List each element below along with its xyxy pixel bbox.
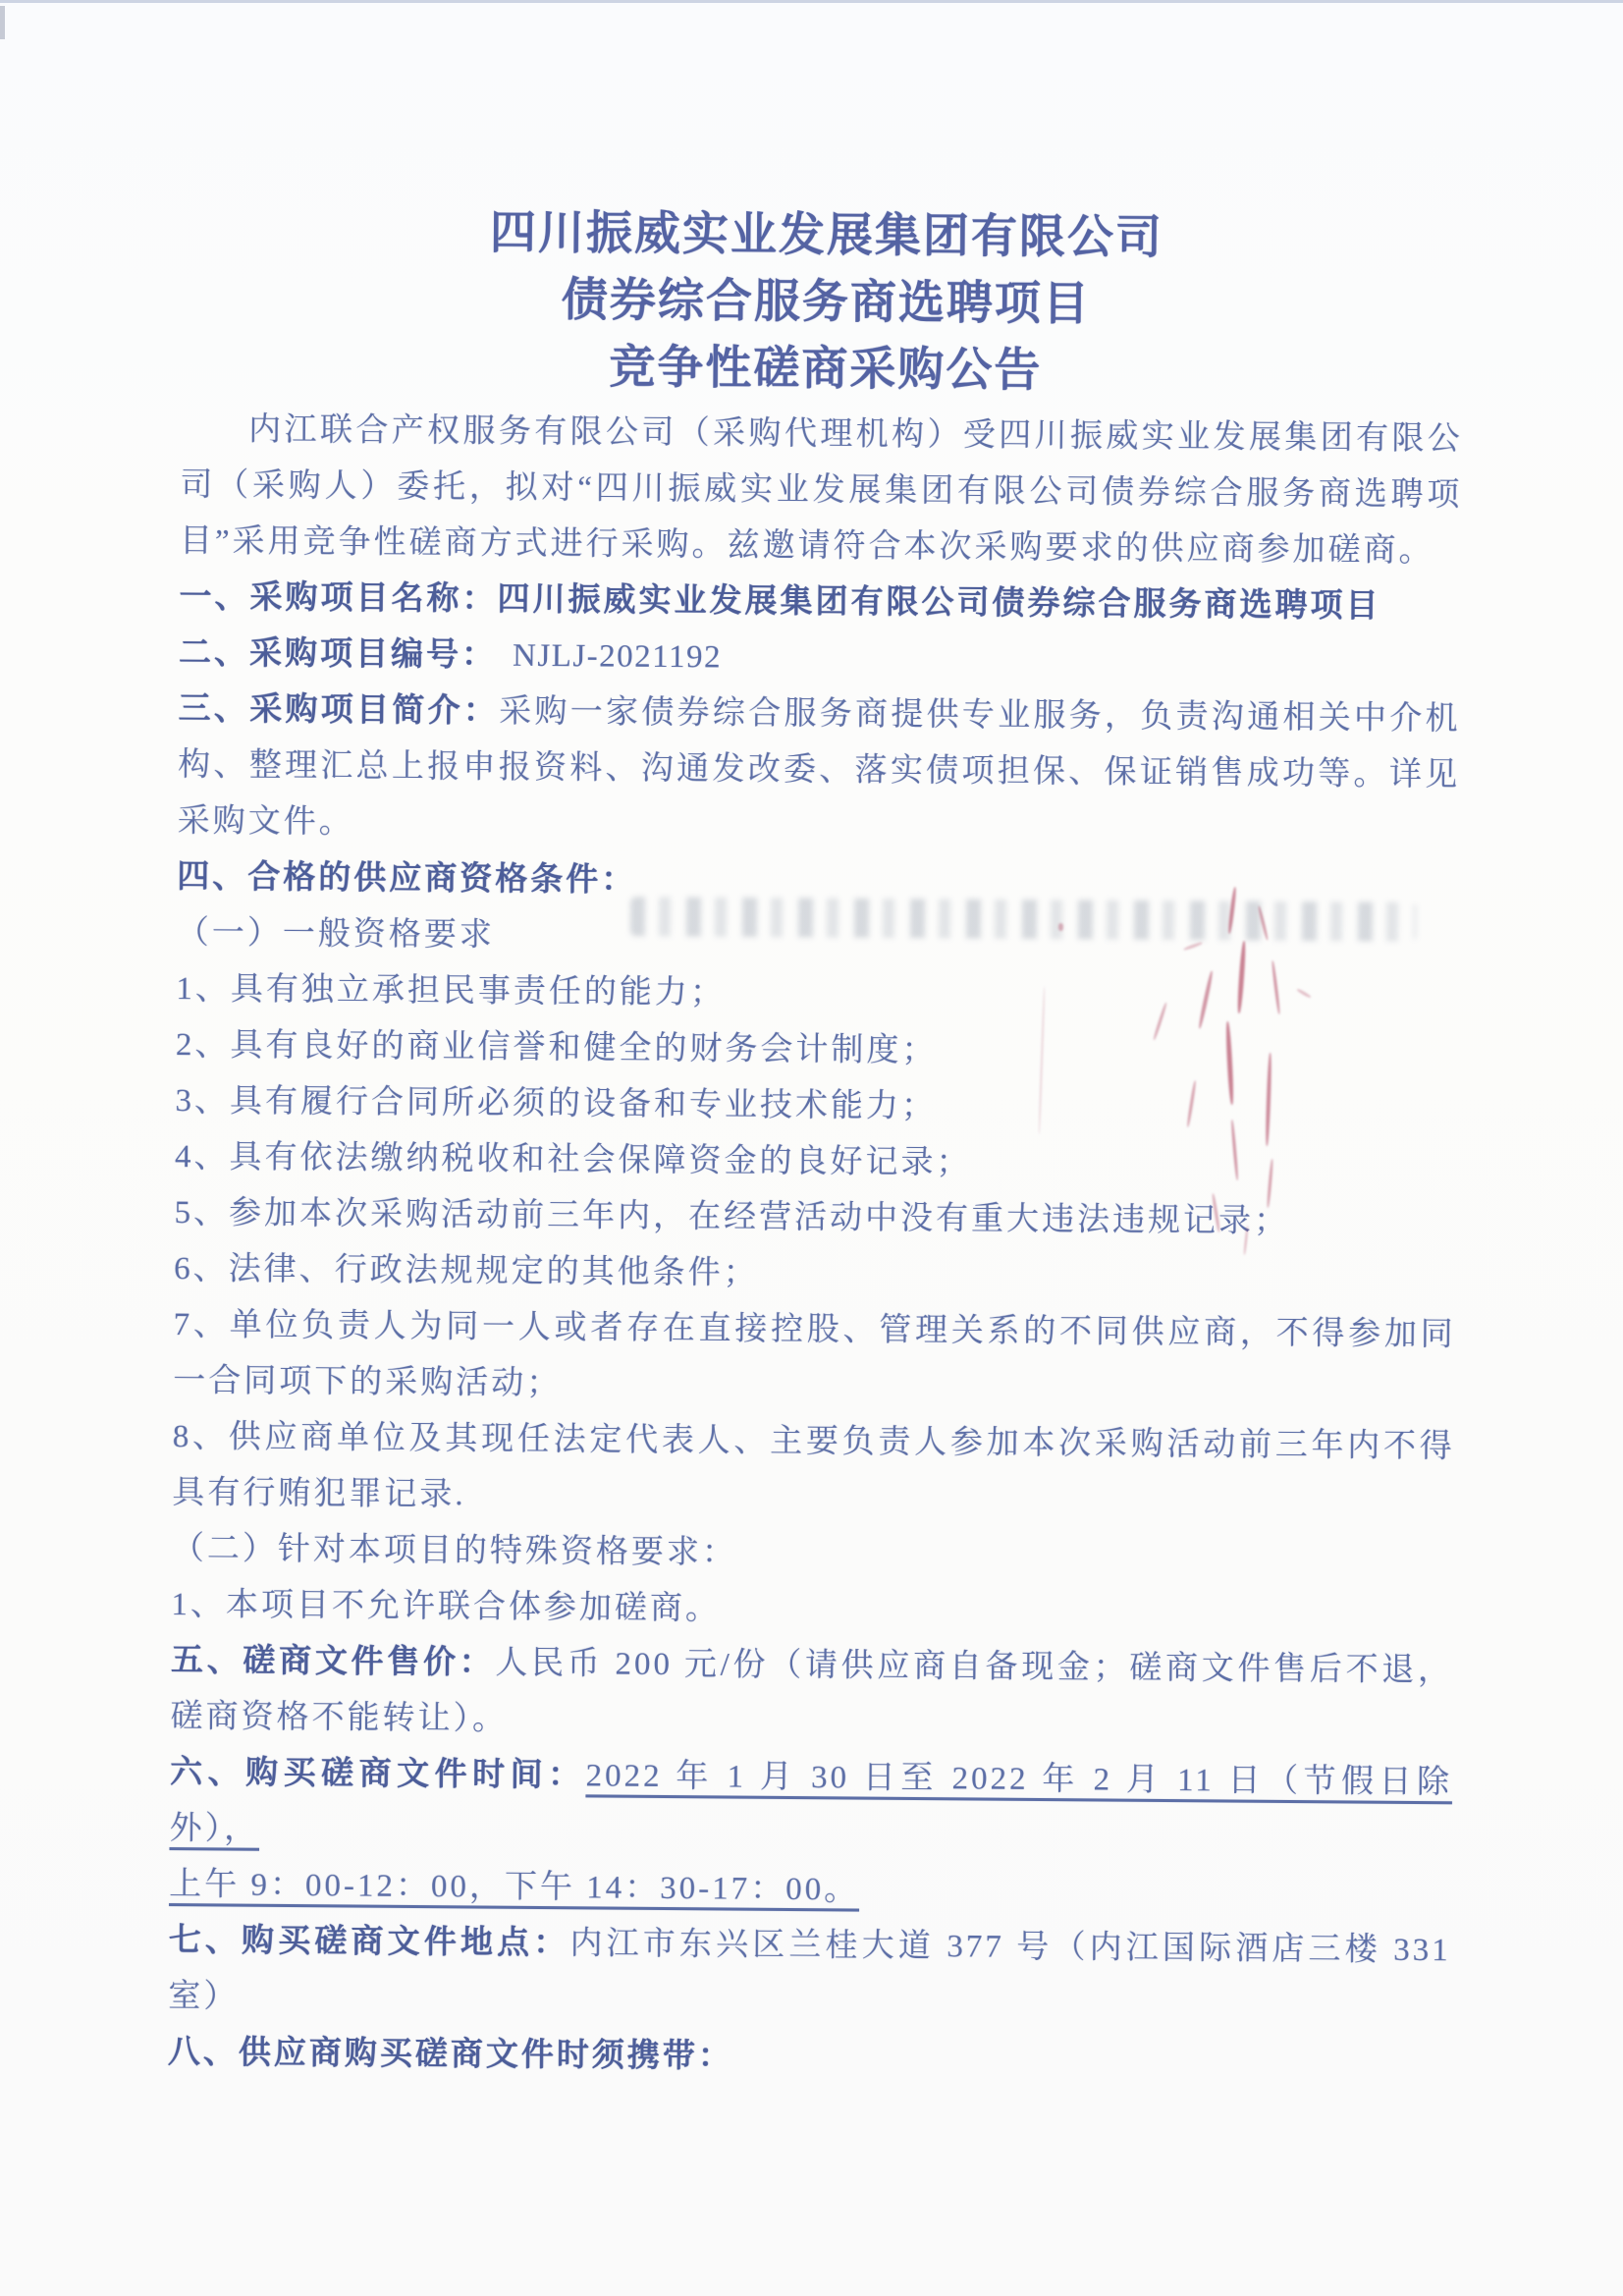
section-project-number: 二、采购项目编号：NJLJ-2021192 bbox=[179, 626, 1461, 691]
document-title-line-2: 债券综合服务商选聘项目 bbox=[15, 263, 1623, 343]
project-number-value: NJLJ-2021192 bbox=[497, 638, 722, 676]
section-label: 七、购买磋商文件地点： bbox=[169, 1923, 570, 1961]
clause-7: 7、单位负责人为同一人或者存在直接控股、管理关系的不同供应商，不得参加同一合同项… bbox=[173, 1297, 1456, 1419]
document-title-line-1: 四川振威实业发展集团有限公司 bbox=[15, 196, 1623, 276]
red-ink-stroke bbox=[1058, 923, 1063, 931]
red-ink-stroke bbox=[1212, 1193, 1220, 1232]
special-clause-1: 1、本项目不允许联合体参加磋商。 bbox=[171, 1577, 1453, 1643]
red-ink-stroke bbox=[1186, 1080, 1196, 1127]
section-purchase-requirements: 八、供应商购买磋商文件时须携带： bbox=[168, 2025, 1450, 2091]
section-purchase-location: 七、购买磋商文件地点：内江市东兴区兰桂大道 377 号（内江国际酒店三楼 331… bbox=[168, 1913, 1451, 2035]
red-ink-stroke bbox=[1038, 987, 1045, 1134]
section-label: 八、供应商购买磋商文件时须携带： bbox=[168, 2035, 733, 2075]
red-ink-stroke bbox=[1225, 1021, 1234, 1105]
scanned-document-page: 四川振威实业发展集团有限公司 债券综合服务商选聘项目 竞争性磋商采购公告 内江联… bbox=[0, 0, 1623, 2296]
purchase-time-line-2: 上午 9：00-12：00，下午 14：30-17：00。 bbox=[169, 1867, 859, 1908]
section-document-price: 五、磋商文件售价：人民币 200 元/份（请供应商自备现金；磋商文件售后不退，磋… bbox=[170, 1633, 1453, 1755]
section-project-intro: 三、采购项目简介：采购一家债券综合服务商提供专业服务，负责沟通相关中介机构、整理… bbox=[178, 682, 1461, 859]
section-label: 五、磋商文件售价： bbox=[171, 1643, 496, 1681]
red-ink-stroke bbox=[1227, 887, 1237, 934]
section-label: 四、合格的供应商资格条件： bbox=[177, 859, 636, 899]
document-sheet: 四川振威实业发展集团有限公司 债券综合服务商选聘项目 竞争性磋商采购公告 内江联… bbox=[0, 0, 1623, 2093]
red-ink-stroke bbox=[1258, 905, 1270, 941]
document-title-line-3: 竞争性磋商采购公告 bbox=[14, 330, 1623, 410]
red-ink-stroke bbox=[1153, 1003, 1167, 1041]
document-title: 四川振威实业发展集团有限公司 债券综合服务商选聘项目 竞争性磋商采购公告 bbox=[0, 0, 1623, 410]
red-ink-stroke bbox=[1271, 960, 1281, 1014]
red-ink-stroke bbox=[1230, 1120, 1238, 1180]
clause-special-requirements-heading: （二）针对本项目的特殊资格要求： bbox=[172, 1521, 1454, 1587]
intro-paragraph: 内江联合产权服务有限公司（采购代理机构）受四川振威实业发展集团有限公司（采购人）… bbox=[180, 402, 1463, 579]
section-label: 二、采购项目编号： bbox=[179, 635, 497, 674]
section-label: 一、采购项目名称： bbox=[179, 579, 497, 618]
section-project-name: 一、采购项目名称：四川振威实业发展集团有限公司债券综合服务商选聘项目 bbox=[179, 570, 1461, 635]
red-ink-stroke bbox=[1198, 970, 1214, 1029]
red-ink-stroke bbox=[1183, 942, 1203, 952]
section-label: 六、购买磋商文件时间： bbox=[170, 1755, 586, 1793]
red-ink-stroke bbox=[1296, 988, 1311, 999]
section-label: 三、采购项目简介： bbox=[178, 691, 499, 730]
red-ink-stroke bbox=[1243, 1226, 1248, 1255]
section-purchase-time: 六、购买磋商文件时间：2022 年 1 月 30 日至 2022 年 2 月 1… bbox=[169, 1745, 1452, 1923]
red-ink-stroke bbox=[1236, 941, 1246, 1013]
clause-8: 8、供应商单位及其现任法定代表人、主要负责人参加本次采购活动前三年内不得具有行贿… bbox=[172, 1409, 1455, 1531]
red-ink-smudge bbox=[1001, 872, 1345, 1294]
red-ink-stroke bbox=[1265, 1053, 1271, 1146]
section-text: 四川振威实业发展集团有限公司债券综合服务商选聘项目 bbox=[497, 582, 1380, 625]
red-ink-stroke bbox=[1267, 1159, 1273, 1208]
